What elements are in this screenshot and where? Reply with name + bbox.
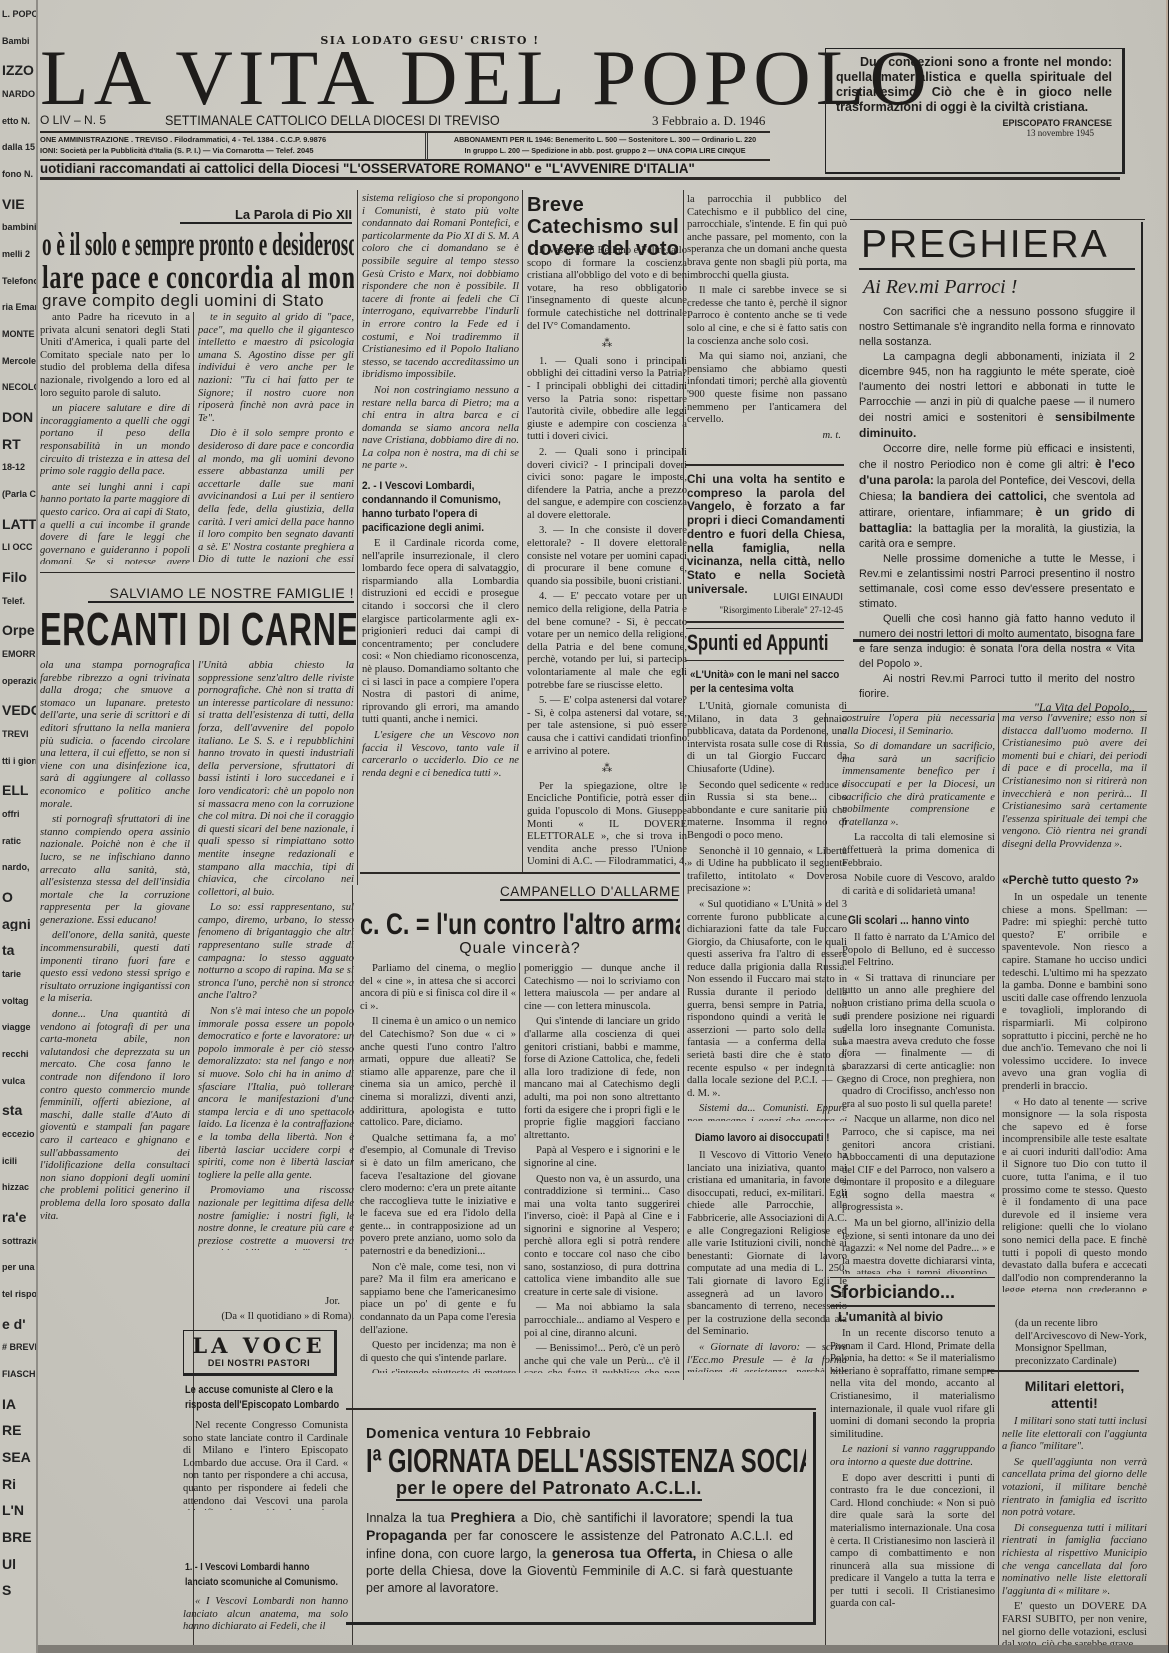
pio-xii-headline-line1: o è il solo e sempre pronto e desideroso (42, 227, 223, 261)
lavoro-para: « Giornate di lavoro: — scrive l'Ecc.mo … (687, 1342, 847, 1372)
la-voce-body-2: « I Vescovi Lombardi non hanno lanciato … (183, 1596, 348, 1644)
militari-title: Militari elettori, attenti! (1002, 1378, 1147, 1412)
strip-fragment: tti i giorni (2, 757, 38, 766)
perche-body: In un ospedale un tenente chiese a mons.… (1002, 892, 1147, 1292)
strip-fragment: O (2, 890, 38, 905)
scolari-title: Gli scolari ... hanno vinto (848, 913, 969, 927)
strip-fragment: L. POPO (2, 10, 38, 19)
strip-fragment: VEDO (2, 703, 38, 718)
campanello-para: — Ma noi abbiamo la sala parrocchiale...… (524, 1302, 680, 1340)
catechismo-q2: 2. — Quali sono i principali doveri civi… (527, 447, 687, 523)
strip-fragment: NARDO (2, 90, 38, 99)
strip-fragment: sottrazio (2, 1237, 38, 1246)
strip-fragment: Telefono (2, 277, 38, 286)
strip-fragment: ria Eman (2, 303, 38, 312)
seminario-para: Nobile cuore di Vescovo, araldo di carit… (842, 873, 995, 898)
strip-fragment: sta (2, 1103, 38, 1118)
preghiera-para: Ai nostri Rev.mi Parroci tutto il merito… (859, 672, 1135, 702)
perche-para: In un ospedale un tenente chiese a mons.… (1002, 892, 1147, 1094)
seminario-para: costruire l'opera più necessaria alla Di… (842, 713, 995, 738)
la-voce-headline: Le accuse comuniste al Clero e la rispos… (185, 1383, 345, 1413)
campanello-headline: c. C. = l'un contro l'altro armati (360, 908, 610, 942)
umanita-para: Le nazioni si vanno raggruppando ora int… (830, 1444, 995, 1469)
strip-fragment: e d' (2, 1317, 38, 1332)
catechismo-q5: 5. — E' colpa astenersi dal votare? - Sì… (527, 695, 687, 758)
strip-fragment: ratic (2, 837, 38, 846)
acli-headline: Iª GIORNATA DELL'ASSISTENZA SOCIALE (366, 1442, 683, 1478)
vescovi-para: sistema religioso che si propongono i Co… (362, 193, 519, 382)
spunti-para: L'Unità, giornale comunista di Milano, i… (687, 701, 847, 777)
mercanti-para: dell'onore, della sanità, queste incomme… (40, 930, 190, 1006)
catechismo-intro: Il Vescovo di Belluno e Feltre, allo sco… (527, 245, 687, 333)
la-voce-subtitle: DEI NOSTRI PASTORI (184, 1358, 334, 1368)
spunti-para: Sistemi da... Comunisti. Eppure non manc… (687, 1103, 847, 1121)
la-voce-para: Nel recente Congresso Comunista sono sta… (183, 1420, 348, 1510)
strip-fragment: agni (2, 917, 38, 932)
strip-fragment: Bambi (2, 37, 38, 46)
mercanti-col2: l'Unità abbia chiesto la soppressione se… (198, 660, 354, 1250)
mercanti-headline: ERCANTI DI CARNE (40, 604, 261, 654)
strip-fragment: IZZO (2, 63, 38, 78)
campanello-para: — Benissimo!... Però, c'è un però anche … (524, 1343, 680, 1373)
strip-fragment: viagge (2, 1023, 38, 1032)
preghiera-para: Con sacrifici che a nessuno possono sfug… (859, 305, 1135, 350)
strip-fragment: SEA (2, 1450, 38, 1465)
pio-xii-para: te in seguito al grido di "pace, pace", … (198, 312, 354, 425)
subscription-group: In gruppo L. 200 — Spedizione in abb. po… (435, 145, 775, 156)
asterism-divider: ⁂ (527, 338, 687, 351)
preghiera-para: Quelli che così hanno già fatto hanno ve… (859, 612, 1135, 672)
strip-fragment: EMORR (2, 650, 38, 659)
mercanti-kicker: SALVIAMO LE NOSTRE FAMIGLIE ! (88, 585, 354, 603)
cine-para: la parrocchia il pubblico del Catechismo… (687, 194, 847, 282)
strip-fragment: ta (2, 943, 38, 958)
militari-para: Se quell'aggiunta non verrà cancellata p… (1002, 1457, 1147, 1520)
strip-fragment: L'N (2, 1503, 38, 1518)
vescovi-para: Noi non costringiamo nessuno a restare n… (362, 385, 519, 473)
strip-fragment: Telef. (2, 597, 38, 606)
campanello-col2: pomeriggio — dunque anche il Catechismo … (524, 963, 680, 1373)
strip-fragment: NECOLOG (2, 383, 38, 392)
quote-date: 13 novembre 1945 (836, 128, 1112, 138)
strip-fragment: voltag (2, 997, 38, 1006)
pio-xii-para: anto Padre ha ricevuto in a privata alcu… (40, 312, 190, 400)
vescovi-para: L'esigere che un Vescovo non faccia il V… (362, 730, 519, 780)
scolari-body: Il fatto è narrato da L'Amico del Popolo… (842, 932, 995, 1274)
vescovi-col-cont: E il Cardinale ricorda come, nell'aprile… (362, 538, 519, 870)
la-voce-title: LA VOCE (184, 1334, 334, 1358)
acli-emphasis: Propaganda (366, 1527, 447, 1543)
pio-xii-subhead: grave compito degli uomini di Stato (42, 291, 324, 311)
strip-fragment: Filo (2, 570, 38, 585)
vescovi-para: E il Cardinale ricorda come, nell'aprile… (362, 538, 519, 727)
spunti-title-box: Spunti ed Appunti (687, 630, 847, 656)
pio-xii-headline: o è il solo e sempre pronto e desideroso (42, 227, 354, 261)
campanello-para: Non c'è male, come tesi, non vi pare? Ma… (360, 1262, 516, 1338)
mercanti-para: donne... Una quantità di vendono ai foto… (40, 1009, 190, 1223)
spunti-para: Secondo quel sedicente « reduce » in Rus… (687, 780, 847, 843)
subscription-rates: ABBONAMENTI PER IL 1946: Benemerito L. 5… (435, 134, 775, 145)
strip-fragment: # BREVI (2, 1343, 38, 1352)
strip-fragment: nardo, (2, 863, 38, 872)
strip-fragment: dalla 15 (2, 143, 38, 152)
strip-fragment: melli 2 (2, 250, 38, 259)
vescovi-col: sistema religioso che si propongono i Co… (362, 193, 519, 538)
la-voce-para: « I Vescovi Lombardi non hanno lanciato … (183, 1596, 348, 1634)
catechismo-body: Il Vescovo di Belluno e Feltre, allo sco… (527, 245, 687, 867)
lavoro-title: Diamo lavoro ai disoccupati ! (695, 1132, 836, 1144)
cine-para: Il male ci sarebbe invece se si credesse… (687, 285, 847, 348)
pio-xii-para: un piacere salutare e dire di incoraggia… (40, 403, 190, 479)
scolari-para: « Si trattava di rinunciare per tutto un… (842, 973, 995, 1112)
strip-fragment: bambini (2, 223, 38, 232)
mercanti-col1: ola una stampa pornografica farebbe ribr… (40, 660, 190, 1648)
militari-body: I militari sono stati tutti inclusi nell… (1002, 1416, 1147, 1646)
admin-address: ONE AMMINISTRAZIONE . TREVISO . Filodram… (40, 134, 420, 145)
spunti-para: Senonchè il 10 gennaio, « Libertà » di U… (687, 846, 847, 896)
mercanti-para: l'Unità abbia chiesto la soppressione se… (198, 660, 354, 899)
campanello-para: Questo non va, è un assurdo, una contrad… (524, 1174, 680, 1300)
umanita-title: L'umanità al bivio (838, 1310, 943, 1324)
catechismo-q4: 4. — E' peccato votare per un nemico del… (527, 591, 687, 692)
campanello-kicker: CAMPANELLO D'ALLARME (500, 884, 678, 901)
strip-fragment: eccezio (2, 1130, 38, 1139)
militari-para: I militari sono stati tutti inclusi nell… (1002, 1416, 1147, 1454)
right-lower-col1: costruire l'opera più necessaria alla Di… (842, 713, 995, 913)
strip-fragment: VIE (2, 197, 38, 212)
strip-fragment: LATT (2, 517, 38, 532)
cine-signature: m. t. (687, 430, 847, 443)
strip-fragment: LI OCC (2, 543, 38, 552)
pio-xii-col1: anto Padre ha ricevuto in a privata alcu… (40, 312, 190, 564)
campanello-para: Papà al Vespero e i signorini e le signo… (524, 1145, 680, 1170)
campanello-col1: Parliamo del cinema, o meglio del « cine… (360, 963, 516, 1373)
strip-fragment: DON (2, 410, 38, 425)
acli-subhead: per le opere del Patronato A.C.L.I. (396, 1478, 702, 1501)
recommended-papers: uotidiani raccomandati ai cattolici dell… (40, 160, 738, 176)
mercanti-para: sti pornografi sfruttatori di ine stanno… (40, 814, 190, 927)
strip-fragment: vulca (2, 1077, 38, 1086)
campanello-para: Parliamo del cinema, o meglio del « cine… (360, 963, 516, 1013)
cine-continuation: la parrocchia il pubblico del Catechismo… (687, 194, 847, 449)
mercanti-headline-box: ERCANTI DI CARNE (40, 604, 356, 654)
pio-xii-kicker: La Parola di Pio XII (180, 207, 352, 224)
strip-fragment: operazio (2, 677, 38, 686)
spunti-subheadline: «L'Unità» con le mani nel sacco per la c… (690, 668, 843, 696)
la-voce-box: LA VOCE DEI NOSTRI PASTORI (183, 1330, 337, 1376)
spunti-body: L'Unità, giornale comunista di Milano, i… (687, 701, 847, 1121)
strip-fragment: RT (2, 437, 38, 452)
pio-xii-headline-line2: lare pace e concordia al mondo,, (42, 260, 270, 294)
strip-fragment: S (2, 1583, 38, 1598)
strip-fragment: (Parla Ca (2, 490, 38, 499)
acli-headline-box: Iª GIORNATA DELL'ASSISTENZA SOCIALE (366, 1442, 806, 1478)
einaudi-source: "Risorgimento Liberale" 27-12-45 (687, 605, 843, 615)
strip-fragment: MONTE (2, 330, 38, 339)
right-lower-col2: ma verso l'avvenire; esso non si distacc… (1002, 713, 1147, 873)
campanello-para: Qui s'intende di lanciare un grido d'all… (524, 1016, 680, 1142)
quote-text: Due concezioni sono a fronte nel mondo: … (836, 55, 1112, 115)
strip-fragment: per una (2, 1263, 38, 1272)
campanello-subhead: Quale vincerà? (360, 940, 680, 958)
strip-fragment: Orpe (2, 623, 38, 638)
masthead-subtitle: SETTIMANALE CATTOLICO DELLA DIOCESI DI T… (165, 112, 500, 128)
strip-fragment: fono N. (2, 170, 38, 179)
acli-announcement: Domenica ventura 10 Febbraio Iª GIORNATA… (346, 1412, 816, 1625)
newspaper-page: SIA LODATO GESU' CRISTO ! LA VITA DEL PO… (30, 0, 1168, 1653)
mercanti-source: (Da « Il quotidiano » di Roma). (198, 1311, 354, 1322)
cine-para: Ma qui siamo noi, anziani, che pensiamo … (687, 351, 847, 427)
strip-fragment: RE (2, 1423, 38, 1438)
admin-info: ONE AMMINISTRAZIONE . TREVISO . Filodram… (40, 134, 420, 156)
strip-fragment: FIASCHE (2, 1370, 38, 1379)
scolari-para: Nacque un allarme, non dico nel Parroco,… (842, 1114, 995, 1215)
strip-fragment: tel rispo (2, 1290, 38, 1299)
preghiera-emphasis: la bandiera dei cattolici, (902, 489, 1047, 503)
strip-fragment: hizzac (2, 1183, 38, 1192)
mercanti-signature: Jor. (198, 1296, 350, 1307)
campanello-headline-box: c. C. = l'un contro l'altro armati (360, 908, 680, 942)
umanita-para: In un recente discorso tenuto a Posnam i… (830, 1328, 995, 1441)
strip-fragment: Ri (2, 1477, 38, 1492)
spunti-para: « Sul quotidiano « L'Unità » del 3 corre… (687, 899, 847, 1101)
scolari-para: Ma un bel giorno, all'inizio della lezio… (842, 1218, 995, 1274)
strip-fragment: 18-12 (2, 463, 38, 472)
spunti-title: Spunti ed Appunti (687, 630, 807, 656)
militari-para: E' questo un DOVERE DA FARSI SUBITO, per… (1002, 1601, 1147, 1646)
asterism-divider: ⁂ (527, 763, 687, 776)
acli-body: Innalza la tua Preghiera a Dio, chè sant… (366, 1509, 793, 1597)
sforbiciando-title: Sforbiciando... (830, 1282, 955, 1303)
catechismo-q3: 3. — In che consiste il dovere elettoral… (527, 525, 687, 588)
strip-fragment: IA (2, 1397, 38, 1412)
pio-xii-headline-2: lare pace e concordia al mondo,, (42, 260, 354, 294)
strip-fragment: icili (2, 1157, 38, 1166)
einaudi-author: LUIGI EINAUDI (687, 592, 843, 603)
strip-fragment: BRE (2, 1530, 38, 1545)
strip-fragment: ELL (2, 783, 38, 798)
preghiera-salutation: Ai Rev.mi Parroci ! (863, 276, 1135, 299)
strip-fragment: TREVI (2, 730, 38, 739)
mercanti-para: Promoviamo una riscossa nazionale per le… (198, 1185, 354, 1250)
cristianesimo-para: ma verso l'avvenire; esso non si distacc… (1002, 713, 1147, 852)
lavoro-body: Il Vescovo di Vittorio Veneto ha lanciat… (687, 1150, 847, 1372)
campanello-para: Questo per incidenza; ma non è di questo… (360, 1340, 516, 1365)
subscription-info: ABBONAMENTI PER IL 1946: Benemerito L. 5… (435, 134, 775, 156)
seminario-para: So di domandare un sacrificio, ma sarà u… (842, 741, 995, 829)
strip-fragment: offri (2, 810, 38, 819)
militari-para: Di conseguenza tutti i militari rientrat… (1002, 1523, 1147, 1599)
acli-text: Innalza la tua (366, 1511, 451, 1525)
campanello-para: Qui s'intende piuttosto di mettere in gu… (360, 1368, 516, 1373)
pio-xii-col2: te in seguito al grido di "pace, pace", … (198, 312, 354, 564)
acli-text: a Dio, chè santifichi il lavoratore; spe… (515, 1511, 793, 1525)
perche-para: « Ho dato al tenente — scrive monsignore… (1002, 1097, 1147, 1293)
adjacent-page-strip: L. POPOBambiIZZONARDOetto N.dalla 15fono… (0, 0, 38, 1653)
preghiera-box: PREGHIERA Ai Rev.mi Parroci ! Con sacrif… (853, 222, 1143, 642)
perche-title: «Perchè tutto questo ?» (1002, 873, 1139, 887)
masthead-volume: O LIV – N. 5 (40, 113, 106, 127)
acli-date-line: Domenica ventura 10 Febbraio (366, 1426, 793, 1442)
strip-fragment: Ul (2, 1557, 38, 1572)
preghiera-text: Occorre dire, nelle forme più efficaci e… (859, 443, 1135, 471)
pio-xii-para: ante sei lunghi anni i capi hanno portat… (40, 482, 190, 564)
admin-advertising: IONI: Società per la Pubblicità d'Italia… (40, 145, 420, 156)
scolari-para: Il fatto è narrato da L'Amico del Popolo… (842, 932, 995, 970)
campanello-para: pomeriggio — dunque anche il Catechismo … (524, 963, 680, 1013)
mercanti-para: Lo so: essi rappresentano, sul campo, di… (198, 902, 354, 1003)
masthead-title: LA VITA DEL POPOLO (40, 38, 795, 118)
strip-fragment: Mercoledì (2, 357, 38, 366)
umanita-body: In un recente discorso tenuto a Posnam i… (830, 1328, 995, 1646)
strip-fragment: recchi (2, 1050, 38, 1059)
strip-fragment: etto N. (2, 117, 38, 126)
acli-emphasis: generosa tua Offerta, (552, 1545, 697, 1561)
catechismo-q1: 1. — Quali sono i principali obblighi de… (527, 356, 687, 444)
campanello-para: Il cinema è un amico o un nemico del Cat… (360, 1016, 516, 1129)
pio-xii-para: Dio è il solo sempre pronto e desideroso… (198, 428, 354, 564)
umanita-para: E dopo aver descritti i punti di contras… (830, 1473, 995, 1612)
quote-box: Due concezioni sono a fronte nel mondo: … (825, 48, 1125, 174)
lavoro-para: Il Vescovo di Vittorio Veneto ha lanciat… (687, 1150, 847, 1339)
scan-background: SIA LODATO GESU' CRISTO ! LA VITA DEL PO… (0, 0, 1169, 1653)
seminario-para: La raccolta di tali elemosine si effettu… (842, 832, 995, 870)
acli-emphasis: Preghiera (451, 1509, 516, 1525)
einaudi-quote: Chi una volta ha sentito e compreso la p… (687, 473, 845, 596)
la-voce-point1: 1. - I Vescovi Lombardi hanno lanciato s… (185, 1560, 345, 1590)
catechismo-outro: Per la spiegazione, oltre le Encicliche … (527, 781, 687, 867)
vescovi-point2: 2. - I Vescovi Lombardi, condannando il … (362, 479, 518, 535)
mercanti-para: ola una stampa pornografica farebbe ribr… (40, 660, 190, 811)
campanello-para: Qualche settimana fa, a mo' d'esempio, a… (360, 1133, 516, 1259)
perche-source: (da un recente libro dell'Arcivescovo di… (1015, 1318, 1147, 1370)
masthead-date: 3 Febbraio a. D. 1946 (652, 113, 765, 129)
preghiera-para: Nelle prossime domeniche a tutte le Mess… (859, 552, 1135, 612)
la-voce-body: Nel recente Congresso Comunista sono sta… (183, 1420, 348, 1510)
strip-fragment: tarie (2, 970, 38, 979)
quote-author: EPISCOPATO FRANCESE (836, 118, 1112, 128)
mercanti-para: Non s'è mai inteso che un popolo immoral… (198, 1006, 354, 1182)
preghiera-body: Con sacrifici che a nessuno possono sfug… (859, 305, 1135, 715)
preghiera-title: PREGHIERA (859, 222, 1135, 270)
strip-fragment: ra'e (2, 1210, 38, 1225)
